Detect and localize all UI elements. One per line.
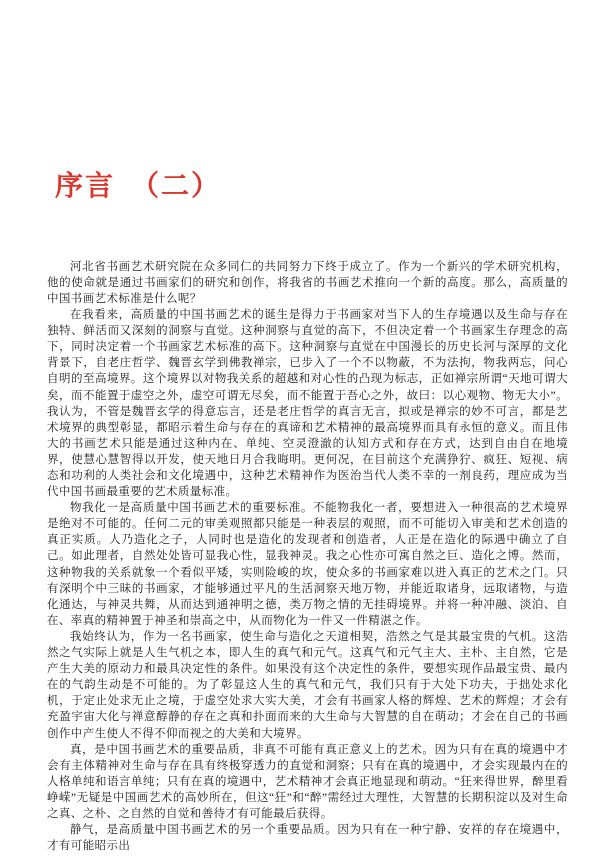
document-page: 序言 （二） 河北省书画艺术研究院在众多同仁的共同努力下终于成立了。作为一个新兴… [0, 0, 614, 860]
paragraph-vital-energy: 我始终认为，作为一名书画家，使生命与造化之天道相契，浩然之气是其最宝贵的气机。这… [47, 629, 568, 742]
document-body: 河北省书画艺术研究院在众多同仁的共同努力下终于成立了。作为一个新兴的学术研究机构… [47, 259, 568, 854]
paragraph-stillness: 静气，是高质量中国书画艺术的另一个重要品质。因为只有在一种宁静、安祥的存在境遇中… [47, 822, 568, 854]
page-title: 序言 （二） [55, 172, 568, 203]
paragraph-insight-and-intuition: 在我看来，高质量的中国书画艺术的诞生是得力于书画家对当下人的生存境遇以及生命与存… [47, 307, 568, 500]
paragraph-truth: 真，是中国书画艺术的重要品质，非真不可能有真正意义上的艺术。因为只有在真的境遇中… [47, 742, 568, 822]
paragraph-unity-of-self-and-things: 物我化一是高质量中国书画艺术的重要标准。不能物我化一者，要想进入一种很高的艺术境… [47, 500, 568, 629]
paragraph-intro: 河北省书画艺术研究院在众多同仁的共同努力下终于成立了。作为一个新兴的学术研究机构… [47, 259, 568, 307]
